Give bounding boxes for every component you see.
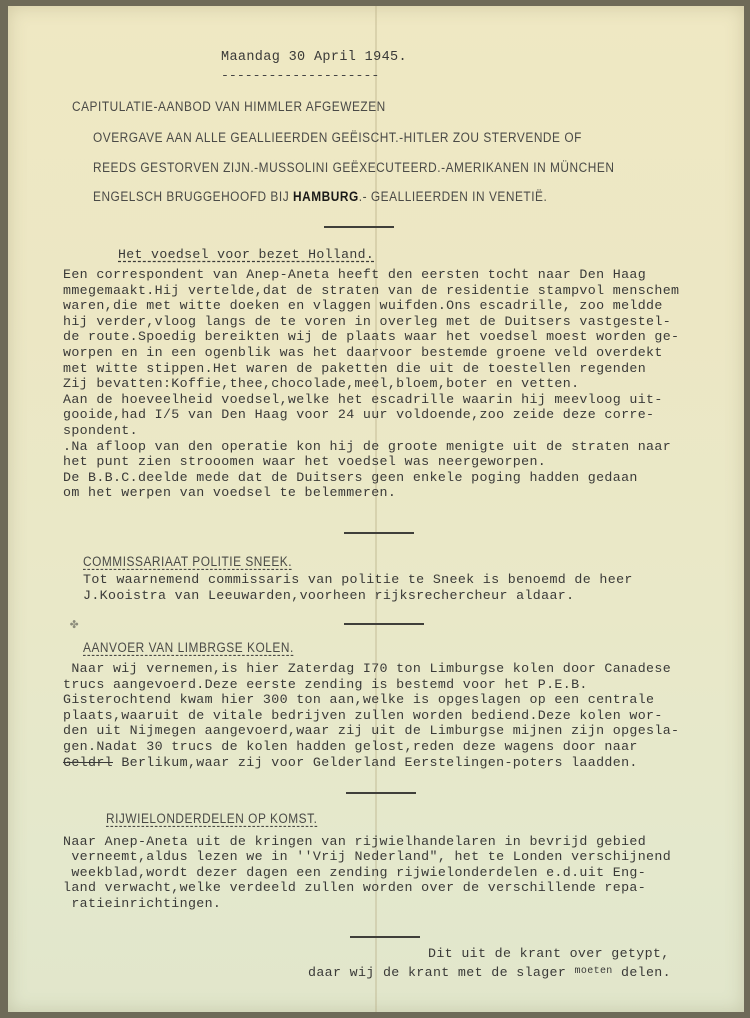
body-line: om het werpen van voedsel te belemmeren. bbox=[63, 485, 396, 501]
line-rest: Berlikum,waar zij voor Gelderland Eerste… bbox=[113, 755, 638, 770]
headline-1: CAPITULATIE-AANBOD VAN HIMMLER AFGEWEZEN bbox=[72, 99, 386, 115]
body-line: hij verder,vloog langs de te voren in ov… bbox=[63, 314, 671, 330]
body-line: Geldrl Berlikum,waar zij voor Gelderland… bbox=[63, 755, 638, 771]
body-line: gooide,had I/5 van Den Haag voor 24 uur … bbox=[63, 407, 654, 423]
headline-4-after: .- GEALLIEERDEN IN VENETIË. bbox=[359, 189, 548, 204]
section-title-police: COMMISSARIAAT POLITIE SNEEK. bbox=[83, 554, 292, 570]
body-line: worpen en in een ogenblik was het daarvo… bbox=[63, 345, 663, 361]
headline-3: REEDS GESTORVEN ZIJN.-MUSSOLINI GEËXECUT… bbox=[93, 160, 614, 176]
section-title-coal: AANVOER VAN LIMBRGSE KOLEN. bbox=[83, 640, 294, 656]
body-line: den uit Nijmegen aangevoerd,waar zij uit… bbox=[63, 723, 679, 739]
divider-3 bbox=[346, 792, 416, 794]
section-title-food: Het voedsel voor bezet Holland. bbox=[118, 247, 374, 263]
body-line: Naar wij vernemen,is hier Zaterdag I70 t… bbox=[63, 661, 671, 677]
body-line: land verwacht,welke verdeeld zullen word… bbox=[63, 880, 646, 896]
divider-bottom bbox=[350, 936, 420, 938]
closing-line-2: daar wij de krant met de slager moeten d… bbox=[308, 964, 671, 981]
body-line: .Na afloop van den operatie kon hij de g… bbox=[63, 439, 671, 455]
closing-line-1: Dit uit de krant over getypt, bbox=[428, 946, 670, 962]
divider-top bbox=[324, 226, 394, 228]
headline-2: OVERGAVE AAN ALLE GEALLIEERDEN GEËISCHT.… bbox=[93, 130, 582, 146]
closing-line-2-before: daar wij de krant met de slager bbox=[308, 965, 575, 980]
closing-line-2-after: delen. bbox=[613, 965, 671, 980]
body-line: weekblad,wordt dezer dagen een zending r… bbox=[63, 865, 646, 881]
body-line: Zij bevatten:Koffie,thee,chocolade,meel,… bbox=[63, 376, 579, 392]
body-line: gen.Nadat 30 trucs de kolen hadden gelos… bbox=[63, 739, 638, 755]
divider-2 bbox=[344, 623, 424, 625]
body-line: het punt zien strooomen waar het voedsel… bbox=[63, 454, 546, 470]
body-line: verneemt,aldus lezen we in ''Vrij Nederl… bbox=[63, 849, 671, 865]
body-line: De B.B.C.deelde mede dat de Duitsers gee… bbox=[63, 470, 638, 486]
body-line: Naar Anep-Aneta uit de kringen van rijwi… bbox=[63, 834, 646, 850]
body-line: Gisterochtend kwam hier 300 ton aan,welk… bbox=[63, 692, 654, 708]
body-line: ratieinrichtingen. bbox=[63, 896, 221, 912]
divider-1 bbox=[344, 532, 414, 534]
body-line: Tot waarnemend commissaris van politie t… bbox=[83, 572, 633, 588]
ink-mark: ✤ bbox=[70, 616, 88, 636]
body-line: J.Kooistra van Leeuwarden,voorheen rijks… bbox=[83, 588, 574, 604]
body-line: spondent. bbox=[63, 423, 138, 439]
body-line: mmegemaakt.Hij vertelde,dat de straten v… bbox=[63, 283, 679, 299]
body-line: waren,die met witte doeken en vlaggen wu… bbox=[63, 298, 663, 314]
document-content: Maandag 30 April 1945. -----------------… bbox=[8, 6, 744, 1012]
body-line: de route.Spoedig bereikten wij de plaats… bbox=[63, 329, 679, 345]
date-line: Maandag 30 April 1945. bbox=[221, 50, 407, 66]
headline-4-before: ENGELSCH BRUGGEHOOFD BIJ bbox=[93, 189, 293, 204]
body-line: met witte stippen.Het waren de paketten … bbox=[63, 361, 646, 377]
typed-newsletter-page: Maandag 30 April 1945. -----------------… bbox=[8, 6, 744, 1012]
date-underline: -------------------- bbox=[221, 68, 379, 84]
body-line: Een correspondent van Anep-Aneta heeft d… bbox=[63, 267, 646, 283]
headline-4: ENGELSCH BRUGGEHOOFD BIJ HAMBURG.- GEALL… bbox=[93, 189, 547, 205]
section-title-bicycle: RIJWIELONDERDELEN OP KOMST. bbox=[106, 811, 317, 827]
closing-raised-word: moeten bbox=[575, 966, 613, 977]
body-line: plaats,waaruit de vitale bedrijven zulle… bbox=[63, 708, 663, 724]
struck-word: Geldrl bbox=[63, 755, 113, 770]
body-line: Aan de hoeveelheid voedsel,welke het esc… bbox=[63, 392, 663, 408]
body-line: trucs aangevoerd.Deze eerste zending is … bbox=[63, 677, 588, 693]
headline-4-hamburg: HAMBURG bbox=[293, 189, 359, 204]
